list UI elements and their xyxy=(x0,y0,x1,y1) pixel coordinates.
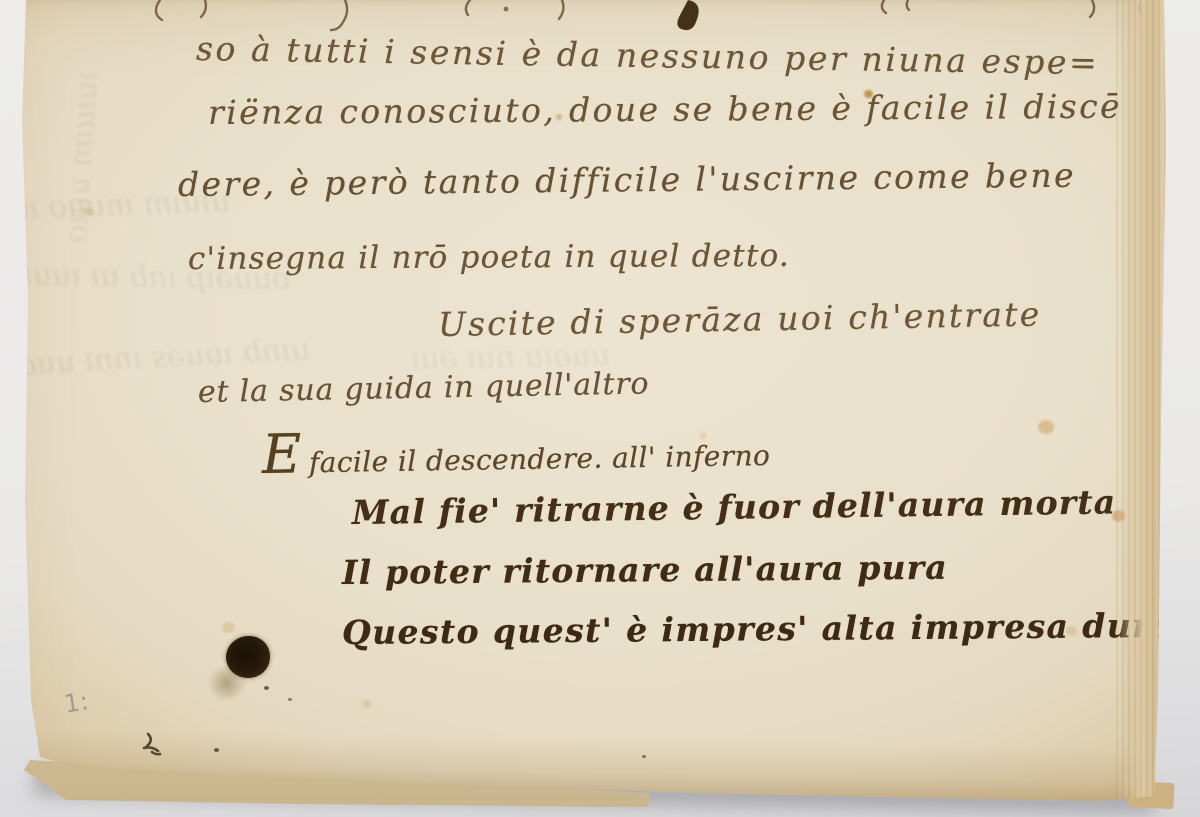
photo-backdrop: uıuım ınuuo ıuuɔ nıuəsuı uı ouuəıp ınb u… xyxy=(0,0,1200,817)
prose-line-2: riënza conosciuto, doue se bene è facile… xyxy=(208,88,1122,132)
decorated-initial-E: E xyxy=(261,422,302,486)
prose-line-5: et la sua guida in quell'altro xyxy=(198,367,650,410)
foxing-spot xyxy=(222,622,235,633)
foxing-spot xyxy=(864,90,873,98)
prose-line-1: so à tutti i sensi è da nessuno per niun… xyxy=(196,30,1100,82)
ink-speck xyxy=(264,686,269,690)
foxing-spot xyxy=(362,700,371,708)
verse-line-mal-fie: Mal fie' ritrarne è fuor dell'aura morta xyxy=(352,483,1117,532)
foxing-spot xyxy=(84,208,93,216)
verse-line-uscite: Uscite di sperāza uoi ch'entrate xyxy=(438,295,1042,343)
ink-blot xyxy=(226,636,270,678)
verse-line-questo: Questo quest' è impres' alta impresa dur… xyxy=(342,607,1187,652)
foxing-spot xyxy=(700,432,707,439)
prose-line-3: dere, è però tanto difficile l'uscirne c… xyxy=(178,157,1076,204)
margin-foliation-mark: 1: xyxy=(62,686,91,718)
foxing-spot xyxy=(1066,626,1077,636)
verse-line-facile-text: facile il descendere. all' inferno xyxy=(309,439,771,479)
cutoff-line-strokes xyxy=(0,0,1200,34)
book-fore-edge xyxy=(1116,0,1166,808)
ink-speck xyxy=(288,698,292,701)
foxing-spot xyxy=(1038,420,1054,434)
manuscript-page: uıuım ınuuo ıuuɔ nıuəsuı uı ouuəıp ınb u… xyxy=(0,0,1200,817)
verse-line-facile: Efacile il descendere. all' inferno xyxy=(262,416,771,486)
verse-line-il-poter: Il poter ritornare all'aura pura xyxy=(342,549,948,592)
foxing-spot xyxy=(556,114,562,120)
prose-line-4: c'insegna il nrō poeta in quel detto. xyxy=(188,239,790,278)
